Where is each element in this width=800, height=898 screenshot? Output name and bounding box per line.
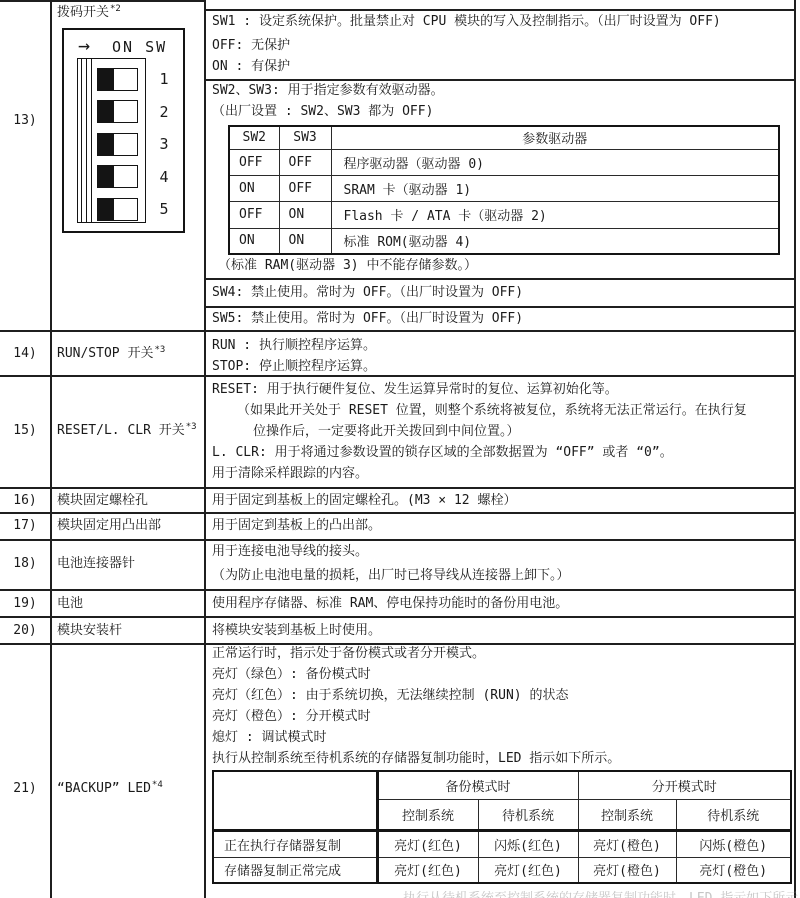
stop-desc: STOP: 停止顺控程序运算。 bbox=[212, 358, 376, 375]
led-row-label: 正在执行存储器复制 bbox=[213, 830, 377, 857]
sw2-value: OFF bbox=[229, 149, 279, 175]
row-18-label: 电池连接器针 bbox=[57, 555, 135, 572]
col-header-drive: 参数驱动器 bbox=[331, 126, 779, 149]
row-15-label: RESET/L. CLR 开关*3 bbox=[57, 422, 197, 441]
row-16-label: 模块固定螺栓孔 bbox=[57, 492, 148, 509]
switch-body bbox=[114, 134, 137, 155]
sw3-value: OFF bbox=[279, 149, 331, 175]
row-number-17: 17) bbox=[0, 517, 50, 534]
backup-led-status-table: 备份模式时 分开模式时 控制系统 待机系统 控制系统 待机系统 正在执行存储器复… bbox=[212, 770, 792, 884]
row-14-label-text: RUN/STOP 开关 bbox=[57, 346, 153, 361]
row-number-19: 19) bbox=[0, 595, 50, 612]
manual-page: 13) 拨码开关*2 → ON SW 1 2 3 4 5 SW1 : 设定系统保… bbox=[0, 0, 800, 898]
footnote-ref-4: *4 bbox=[152, 780, 163, 790]
row-15-label-text: RESET/L. CLR 开关 bbox=[57, 423, 185, 438]
dip-switch-number: 5 bbox=[152, 200, 176, 218]
clipped-next-line: 执行从待机系统至控制系统的存储器复制功能时，LED 指示如下所示。 bbox=[403, 891, 800, 898]
drive-value: SRAM 卡（驱动器 1) bbox=[331, 175, 779, 201]
sw5-desc: SW5: 禁止使用。常时为 OFF。（出厂时设置为 OFF) bbox=[212, 310, 523, 327]
dip-switch-2 bbox=[97, 100, 138, 123]
dip-switch-number: 1 bbox=[152, 70, 176, 88]
led-state: 亮灯(红色) bbox=[377, 857, 478, 883]
led-state: 亮灯(橙色) bbox=[578, 830, 676, 857]
led-state: 亮灯(红色) bbox=[377, 830, 478, 857]
sw2-value: OFF bbox=[229, 201, 279, 228]
row-border-19-20 bbox=[0, 616, 796, 618]
row-number-18: 18) bbox=[0, 555, 50, 572]
row-border-16-17 bbox=[0, 512, 796, 514]
switch-body bbox=[114, 166, 137, 187]
led-state: 闪烁(橙色) bbox=[676, 830, 791, 857]
dip-switch-diagram: → ON SW 1 2 3 4 5 bbox=[62, 28, 185, 233]
sw23-desc-line-2: （出厂设置 : SW2、SW3 都为 OFF) bbox=[212, 103, 433, 120]
subrow-border-sw23-sw4 bbox=[205, 278, 796, 280]
row-21-label-text: “BACKUP” LED bbox=[57, 781, 151, 796]
parameter-table-note: （标准 RAM(驱动器 3) 中不能存储参数。） bbox=[218, 257, 477, 274]
col-header-sw3: SW3 bbox=[279, 126, 331, 149]
table-row: OFF ON Flash 卡 / ATA 卡（驱动器 2) bbox=[229, 201, 779, 228]
sw1-desc-line-3: ON : 有保护 bbox=[212, 58, 290, 75]
led-state: 闪烁(红色) bbox=[478, 830, 578, 857]
mode-header-separate: 分开模式时 bbox=[578, 771, 791, 799]
sw3-value: ON bbox=[279, 228, 331, 254]
table-row: 正在执行存储器复制 亮灯(红色) 闪烁(红色) 亮灯(橙色) 闪烁(橙色) bbox=[213, 830, 791, 857]
sw23-desc-line-1: SW2、SW3: 用于指定参数有效驱动器。 bbox=[212, 82, 444, 99]
led-state: 亮灯(橙色) bbox=[578, 857, 676, 883]
row-border-14-15 bbox=[0, 375, 796, 377]
sw3-value: ON bbox=[279, 201, 331, 228]
led-row-label: 存储器复制正常完成 bbox=[213, 857, 377, 883]
subrow-border-sw4-sw5 bbox=[205, 306, 796, 308]
row-border-17-18 bbox=[0, 539, 796, 541]
switch-body bbox=[114, 101, 137, 122]
system-header-control: 控制系统 bbox=[578, 799, 676, 830]
sw2-value: ON bbox=[229, 175, 279, 201]
dip-stripe bbox=[91, 59, 92, 222]
led-table-corner-cell bbox=[213, 771, 377, 830]
table-row: ON ON 标准 ROM(驱动器 4) bbox=[229, 228, 779, 254]
reset-desc-line-1: RESET: 用于执行硬件复位、发生运算异常时的复位、运算初始化等。 bbox=[212, 381, 618, 398]
row-border-15-16 bbox=[0, 487, 796, 489]
table-row: OFF OFF 程序驱动器（驱动器 0) bbox=[229, 149, 779, 175]
row-13-label: 拨码开关*2 bbox=[57, 4, 121, 23]
switch-knob bbox=[98, 199, 114, 220]
drive-value: 标准 ROM(驱动器 4) bbox=[331, 228, 779, 254]
switch-knob bbox=[98, 134, 114, 155]
reset-desc-line-2: （如果此开关处于 RESET 位置，则整个系统将被复位，系统将无法正常运行。在执… bbox=[237, 402, 747, 419]
footnote-ref-2: *2 bbox=[110, 4, 121, 14]
run-desc: RUN : 执行顺控程序运算。 bbox=[212, 337, 376, 354]
backup-led-desc-line-3: 亮灯（红色）: 由于系统切换，无法继续控制 (RUN) 的状态 bbox=[212, 687, 568, 704]
system-header-standby: 待机系统 bbox=[676, 799, 791, 830]
dip-switch-number: 2 bbox=[152, 103, 176, 121]
switch-body bbox=[114, 199, 137, 220]
row-14-label: RUN/STOP 开关*3 bbox=[57, 345, 165, 364]
reset-desc-line-3: 位操作后，一定要将此开关拨回到中间位置。） bbox=[253, 423, 520, 440]
parameter-drive-table: SW2 SW3 参数驱动器 OFF OFF 程序驱动器（驱动器 0) ON OF… bbox=[228, 125, 780, 255]
row-border-top bbox=[0, 0, 205, 2]
footnote-ref-3: *3 bbox=[186, 422, 197, 432]
subrow-border-sw1-sw23 bbox=[205, 79, 796, 81]
switch-knob bbox=[98, 101, 114, 122]
column-border-1 bbox=[50, 0, 52, 898]
row-17-desc: 用于固定到基板上的凸出部。 bbox=[212, 517, 381, 534]
table-right-border bbox=[794, 0, 796, 898]
row-21-label: “BACKUP” LED*4 bbox=[57, 780, 163, 799]
row-17-label: 模块固定用凸出部 bbox=[57, 517, 161, 534]
sw1-desc-line-2: OFF: 无保护 bbox=[212, 37, 290, 54]
right-arrow-icon: → bbox=[78, 35, 90, 55]
backup-led-desc-line-5: 熄灯 : 调试模式时 bbox=[212, 729, 326, 746]
row-number-20: 20) bbox=[0, 622, 50, 639]
dip-on-sw-label: ON SW bbox=[112, 38, 167, 56]
row-20-label: 模块安装杆 bbox=[57, 622, 122, 639]
row-18-desc-line-2: （为防止电池电量的损耗，出厂时已将导线从连接器上卸下。） bbox=[212, 567, 570, 584]
dip-switch-3 bbox=[97, 133, 138, 156]
subrow-border-sw1-top bbox=[205, 9, 796, 11]
system-header-standby: 待机系统 bbox=[478, 799, 578, 830]
led-state: 亮灯(橙色) bbox=[676, 857, 791, 883]
dip-switch-4 bbox=[97, 165, 138, 188]
row-20-desc: 将模块安装到基板上时使用。 bbox=[212, 622, 381, 639]
lclr-desc-line-1: L. CLR: 用于将通过参数设置的锁存区域的全部数据置为 “OFF” 或者 “… bbox=[212, 444, 673, 461]
drive-value: Flash 卡 / ATA 卡（驱动器 2) bbox=[331, 201, 779, 228]
drive-value: 程序驱动器（驱动器 0) bbox=[331, 149, 779, 175]
col-header-sw2: SW2 bbox=[229, 126, 279, 149]
column-border-2 bbox=[204, 0, 206, 898]
system-header-control: 控制系统 bbox=[377, 799, 478, 830]
row-13-label-text: 拨码开关 bbox=[57, 5, 109, 20]
sw4-desc: SW4: 禁止使用。常时为 OFF。（出厂时设置为 OFF) bbox=[212, 284, 523, 301]
dip-switch-5 bbox=[97, 198, 138, 221]
row-18-desc-line-1: 用于连接电池导线的接头。 bbox=[212, 543, 368, 560]
row-number-21: 21) bbox=[0, 780, 50, 797]
row-16-desc: 用于固定到基板上的固定螺栓孔。(M3 × 12 螺栓） bbox=[212, 492, 516, 509]
dip-stripe bbox=[81, 59, 82, 222]
sw3-value: OFF bbox=[279, 175, 331, 201]
backup-led-desc-line-6: 执行从控制系统至待机系统的存储器复制功能时，LED 指示如下所示。 bbox=[212, 750, 620, 767]
dip-switch-1 bbox=[97, 68, 138, 91]
row-number-13: 13) bbox=[0, 112, 50, 129]
row-number-16: 16) bbox=[0, 492, 50, 509]
dip-stripe bbox=[86, 59, 87, 222]
row-border-13-14 bbox=[0, 330, 796, 332]
led-state: 亮灯(红色) bbox=[478, 857, 578, 883]
sw1-desc-line-1: SW1 : 设定系统保护。批量禁止对 CPU 模块的写入及控制指示。（出厂时设置… bbox=[212, 13, 721, 30]
backup-led-desc-line-2: 亮灯（绿色）: 备份模式时 bbox=[212, 666, 371, 683]
footnote-ref-3: *3 bbox=[154, 345, 165, 355]
row-number-14: 14) bbox=[0, 345, 50, 362]
backup-led-desc-line-1: 正常运行时，指示处于备份模式或者分开模式。 bbox=[212, 645, 485, 662]
dip-switch-body bbox=[77, 58, 146, 223]
table-row: 存储器复制正常完成 亮灯(红色) 亮灯(红色) 亮灯(橙色) 亮灯(橙色) bbox=[213, 857, 791, 883]
switch-knob bbox=[98, 69, 114, 90]
row-19-desc: 使用程序存储器、标准 RAM、停电保持功能时的备份用电池。 bbox=[212, 595, 568, 612]
dip-switch-number: 4 bbox=[152, 168, 176, 186]
lclr-desc-line-2: 用于清除采样跟踪的内容。 bbox=[212, 465, 368, 482]
mode-header-backup: 备份模式时 bbox=[377, 771, 578, 799]
table-row: ON OFF SRAM 卡（驱动器 1) bbox=[229, 175, 779, 201]
sw2-value: ON bbox=[229, 228, 279, 254]
switch-body bbox=[114, 69, 137, 90]
dip-switch-number: 3 bbox=[152, 135, 176, 153]
row-19-label: 电池 bbox=[57, 595, 83, 612]
row-number-15: 15) bbox=[0, 422, 50, 439]
backup-led-desc-line-4: 亮灯（橙色）: 分开模式时 bbox=[212, 708, 371, 725]
switch-knob bbox=[98, 166, 114, 187]
row-border-18-19 bbox=[0, 589, 796, 591]
